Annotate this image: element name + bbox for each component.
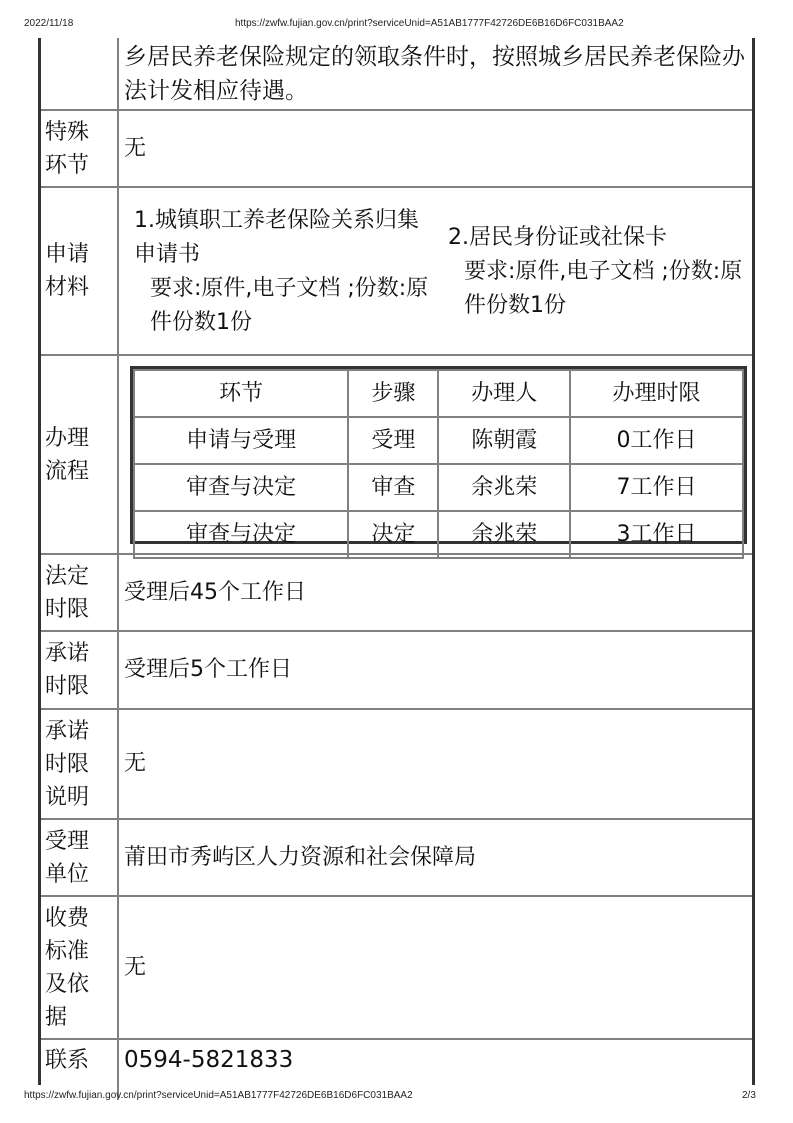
print-date: 2022/11/18: [24, 18, 73, 29]
row-label: 受理单位: [41, 820, 119, 895]
material-title: 1.城镇职工养老保险关系归集申请书: [134, 208, 419, 267]
process-table: 环节 步骤 办理人 办理时限 申请与受理 受理 陈朝霞 0工作日 审查与决定 审…: [130, 366, 747, 544]
row-label-empty: [41, 38, 119, 109]
row-value: 莆田市秀屿区人力资源和社会保障局: [119, 820, 752, 895]
page-number: 2/3: [742, 1090, 756, 1101]
cell: 决定: [348, 511, 438, 558]
row-value: 无: [119, 897, 752, 1038]
material-title: 2.居民身份证或社保卡: [448, 225, 667, 250]
process-cell: 环节 步骤 办理人 办理时限 申请与受理 受理 陈朝霞 0工作日 审查与决定 审…: [119, 356, 752, 553]
material-requirement: 要求:原件,电子文档 ;份数:原件份数1份: [134, 272, 438, 340]
row-special-link: 特殊环节 无: [41, 111, 752, 188]
row-promised-limit-note: 承诺时限说明 无: [41, 710, 752, 820]
cell: 0工作日: [570, 417, 743, 464]
row-label: 承诺时限说明: [41, 710, 119, 818]
row-continuation: 乡居民养老保险规定的领取条件时，按照城乡居民养老保险办法计发相应待遇。: [41, 38, 752, 111]
cell: 申请与受理: [134, 417, 348, 464]
material-item: 1.城镇职工养老保险关系归集申请书 要求:原件,电子文档 ;份数:原件份数1份: [134, 204, 438, 340]
process-header-row: 环节 步骤 办理人 办理时限: [134, 370, 743, 417]
material-requirement: 要求:原件,电子文档 ;份数:原件份数1份: [448, 255, 752, 323]
row-label: 特殊环节: [41, 111, 119, 186]
process-row: 申请与受理 受理 陈朝霞 0工作日: [134, 417, 743, 464]
row-value: 受理后5个工作日: [119, 632, 752, 708]
row-label: 法定时限: [41, 555, 119, 630]
header-cell: 办理人: [438, 370, 570, 417]
materials-list: 1.城镇职工养老保险关系归集申请书 要求:原件,电子文档 ;份数:原件份数1份 …: [119, 188, 752, 354]
cell: 7工作日: [570, 464, 743, 511]
print-header: 2022/11/18 https://zwfw.fujian.gov.cn/pr…: [0, 18, 793, 32]
row-value: 乡居民养老保险规定的领取条件时，按照城乡居民养老保险办法计发相应待遇。: [119, 38, 752, 109]
row-value: 受理后45个工作日: [119, 555, 752, 630]
cell: 审查: [348, 464, 438, 511]
process-row: 审查与决定 决定 余兆荣 3工作日: [134, 511, 743, 558]
process-row: 审查与决定 审查 余兆荣 7工作日: [134, 464, 743, 511]
cell: 陈朝霞: [438, 417, 570, 464]
header-cell: 步骤: [348, 370, 438, 417]
cell: 受理: [348, 417, 438, 464]
row-label: 办理流程: [41, 356, 119, 553]
row-label: 收费标准及依据: [41, 897, 119, 1038]
row-label: 承诺时限: [41, 632, 119, 708]
row-value: 无: [119, 710, 752, 818]
cell: 审查与决定: [134, 464, 348, 511]
cell: 余兆荣: [438, 464, 570, 511]
row-promised-limit: 承诺时限 受理后5个工作日: [41, 632, 752, 710]
print-url: https://zwfw.fujian.gov.cn/print?service…: [235, 18, 624, 29]
row-value: 无: [119, 111, 752, 186]
header-cell: 环节: [134, 370, 348, 417]
row-label: 申请材料: [41, 188, 119, 354]
cell: 3工作日: [570, 511, 743, 558]
header-cell: 办理时限: [570, 370, 743, 417]
cell: 审查与决定: [134, 511, 348, 558]
service-info-table: 乡居民养老保险规定的领取条件时，按照城乡居民养老保险办法计发相应待遇。 特殊环节…: [38, 38, 755, 1085]
row-legal-limit: 法定时限 受理后45个工作日: [41, 555, 752, 632]
row-process: 办理流程 环节 步骤 办理人 办理时限 申请与受理 受理 陈朝霞 0工作日: [41, 356, 752, 555]
row-fee-standard: 收费标准及依据 无: [41, 897, 752, 1040]
row-materials: 申请材料 1.城镇职工养老保险关系归集申请书 要求:原件,电子文档 ;份数:原件…: [41, 188, 752, 356]
row-handling-unit: 受理单位 莆田市秀屿区人力资源和社会保障局: [41, 820, 752, 897]
cell: 余兆荣: [438, 511, 570, 558]
material-item: 2.居民身份证或社保卡 要求:原件,电子文档 ;份数:原件份数1份: [448, 221, 752, 323]
print-footer-url: https://zwfw.fujian.gov.cn/print?service…: [24, 1090, 413, 1101]
